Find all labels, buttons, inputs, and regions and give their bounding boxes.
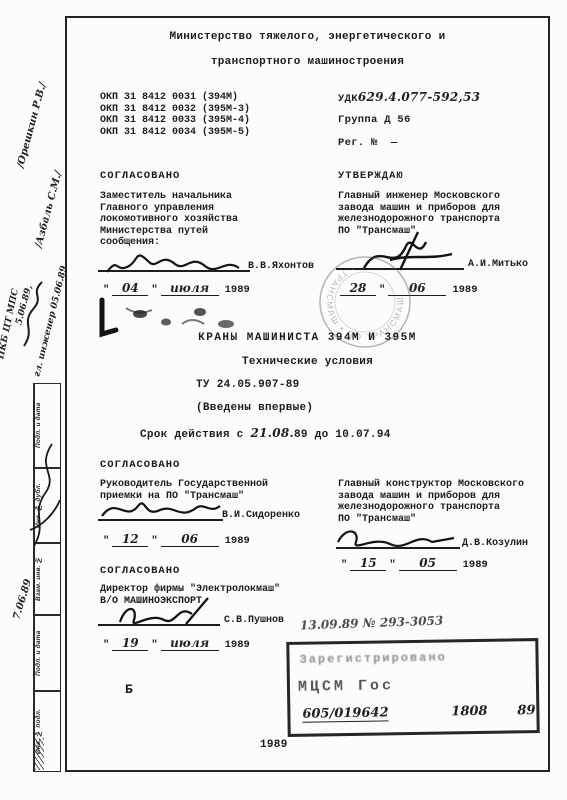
agreed4-day: 19	[112, 636, 148, 651]
document-page: Министерство тяжелого, энергетического и…	[0, 0, 567, 800]
margin-cell: Подп. и дата	[33, 615, 61, 691]
validity-row: Срок действия с 21.08.89 до 10.07.94	[140, 426, 391, 441]
stamp-handwritten-row: 605/019642 1808 89	[302, 703, 535, 722]
margin-signature-squiggle2	[26, 430, 66, 550]
reg-label: Рег. №	[338, 137, 378, 149]
agreed4-signature-squiggle	[116, 596, 226, 630]
validity-handwritten-date: 21.08.	[250, 426, 294, 440]
bottom-year: 1989	[260, 739, 288, 751]
margin-cell-label: Взам. инв. №	[34, 544, 46, 614]
introduced-note: (Введены впервые)	[196, 402, 313, 414]
ministry-header-line1: Министерство тяжелого, энергетического и	[65, 31, 550, 43]
udk-label: УДК	[338, 93, 358, 105]
agreed4-year: 1989	[225, 639, 250, 651]
agreed2-name: В.И.Сидоренко	[222, 510, 300, 521]
agreed3-month: 05	[399, 556, 457, 571]
agreed2-signature-squiggle	[100, 492, 225, 524]
okp-line: ОКП 31 8412 0033 (395М-4)	[100, 115, 250, 127]
approved-name: А.И.Митько	[468, 259, 528, 270]
reg-value: —	[391, 137, 398, 149]
agreed1-signature-squiggle	[105, 238, 255, 278]
agreed1-line: Министерства путей	[100, 226, 238, 238]
agreed1-month: июля	[161, 281, 219, 296]
udk-value-handwritten: 629.4.077-592,53	[358, 90, 481, 104]
agreed3-line: железнодорожного транспорта	[338, 502, 524, 514]
stamp-line2: МЦСМ Гос	[298, 677, 394, 696]
agreed3-day: 15	[350, 556, 386, 571]
quote-mark: "	[151, 639, 157, 651]
margin-cell: Взам. инв. №	[33, 543, 61, 615]
doc-title: КРАНЫ МАШИНИСТА 394М И 395М	[65, 332, 550, 344]
agreed1-year: 1989	[225, 284, 250, 296]
okp-line: ОКП 31 8412 0032 (395М-3)	[100, 104, 250, 116]
agreed1-day: 04	[112, 281, 148, 296]
agreed4-month: июля	[161, 636, 219, 651]
stamp-code: 1808	[451, 704, 487, 720]
agreed3-line: Главный конструктор Московского	[338, 479, 524, 491]
agreed2-line: Руководитель Государственной	[100, 479, 268, 491]
agreed2-year: 1989	[225, 535, 250, 547]
okp-line: ОКП 31 8412 0034 (395М-5)	[100, 127, 250, 139]
margin-note-date3: 7.06.89	[11, 578, 34, 621]
agreed1-line: Главного управления	[100, 203, 238, 215]
margin-note-oreshkin: /Орешкин Р.В./	[15, 81, 48, 169]
udk-row: УДК629.4.077-592,53	[338, 90, 480, 105]
stamp-year: 89	[517, 703, 535, 718]
agreed1-date: "04"июля1989	[100, 281, 250, 296]
agreed3-line: завода машин и приборов для	[338, 491, 524, 503]
agreed4-name: С.В.Пушнов	[224, 615, 284, 626]
agreed4-heading: СОГЛАСОВАНО	[100, 565, 180, 577]
approved-line: железнодорожного транспорта	[338, 214, 500, 226]
reg-row: Рег. № —	[338, 137, 397, 149]
margin-signature-squiggle	[18, 280, 54, 350]
agreed4-line: Директор фирмы "Электролокмаш"	[100, 584, 280, 596]
agreed3-title: Главный конструктор Московского завода м…	[338, 479, 524, 525]
agreed1-line: локомотивного хозяйства	[100, 214, 238, 226]
approved-year: 1989	[452, 284, 477, 296]
agreed2-date: "12"061989	[100, 532, 250, 547]
agreed2-month: 06	[161, 532, 219, 547]
approved-line: завода машин и приборов для	[338, 203, 500, 215]
registration-stamp: Зарегистрировано МЦСМ Гос 605/019642 180…	[286, 638, 539, 737]
margin-note-azbal: /Азбаль С.М./	[33, 170, 64, 249]
agreed3-name: Д.В.Козулин	[462, 538, 528, 549]
margin-cell: Инв. № подл.	[33, 691, 61, 772]
validity-prefix: Срок действия с	[140, 429, 244, 441]
group-label: Группа Д 56	[338, 114, 411, 126]
ministry-header-line2: транспортного машиностроения	[65, 56, 550, 68]
agreed3-date: "15"051989	[338, 556, 488, 571]
quote-mark: "	[103, 284, 109, 296]
agreed3-year: 1989	[463, 559, 488, 571]
page-letter: Б	[125, 682, 133, 697]
quote-mark: "	[151, 535, 157, 547]
okp-line: ОКП 31 8412 0031 (394М)	[100, 92, 250, 104]
tu-number: ТУ 24.05.907-89	[196, 379, 300, 391]
quote-mark: "	[103, 535, 109, 547]
quote-mark: "	[103, 639, 109, 651]
agreed4-date: "19"июля1989	[100, 636, 250, 651]
agreed1-heading: СОГЛАСОВАНО	[100, 170, 180, 182]
quote-mark: "	[341, 559, 347, 571]
validity-rest: 89 до 10.07.94	[294, 429, 391, 441]
stamp-number: 605/019642	[302, 705, 388, 722]
agreed3-signature-squiggle	[336, 522, 460, 552]
okp-code-block: ОКП 31 8412 0031 (394М) ОКП 31 8412 0032…	[100, 92, 250, 138]
margin-cell-label: Подп. и дата	[34, 616, 46, 690]
approved-heading: УТВЕРЖДАЮ	[338, 170, 404, 182]
agreed1-line: Заместитель начальника	[100, 191, 238, 203]
stamp-line1: Зарегистрировано	[299, 650, 446, 666]
quote-mark: "	[389, 559, 395, 571]
agreed2-heading: СОГЛАСОВАНО	[100, 459, 180, 471]
doc-subtitle: Технические условия	[65, 356, 550, 368]
agreed2-day: 12	[112, 532, 148, 547]
approved-line: Главный инженер Московского	[338, 191, 500, 203]
quote-mark: "	[151, 284, 157, 296]
margin-hatch-mark	[35, 738, 44, 770]
